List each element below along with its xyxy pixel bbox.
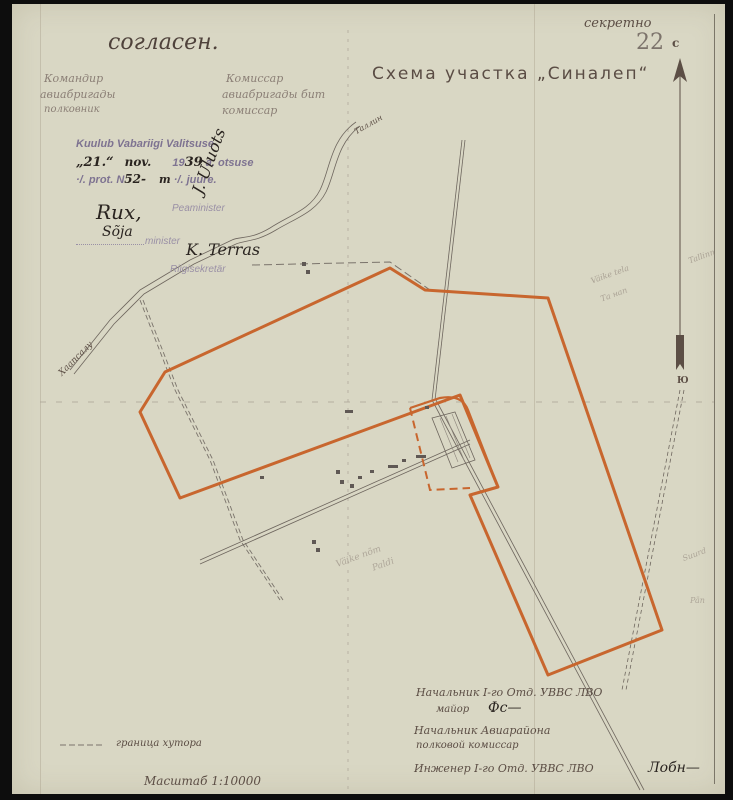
stamp-month: nov. — [125, 155, 152, 169]
legend-boundary-label: граница хутора — [116, 738, 202, 749]
footer-line-2: майор — [436, 704, 469, 715]
footer-line-3: Начальник Авиарайона — [414, 724, 550, 737]
document-title: Схема участка „Синалеп“ — [372, 64, 649, 84]
engineer-signature: Лобн— — [648, 760, 700, 776]
stamp-line-2: „21.“ nov. 1939 a. otsuse — [76, 155, 253, 170]
riigisekretar-label: Riigisekretär — [170, 264, 226, 275]
peaminister-label: Peaminister — [172, 203, 225, 214]
north-arrow-tail — [676, 335, 684, 370]
stamp-protocol-hand: m — [159, 173, 171, 186]
minister-hand-title: Sõja — [102, 224, 133, 240]
stamp-day: „21.“ — [76, 155, 114, 170]
stamp-line-3-prefix: ·/. prot. N — [76, 174, 124, 186]
stamp-year-prefix: 19 — [172, 157, 184, 169]
commander-title: Командир — [44, 72, 103, 85]
major-signature: Фс— — [488, 700, 521, 716]
south-label: Ю — [677, 376, 689, 386]
road-tallinn — [232, 122, 356, 240]
minister-signature-line — [76, 244, 144, 245]
commissar-rank: комиссар — [222, 104, 277, 117]
scale-label: Масштаб 1:10000 — [144, 774, 261, 788]
building-markers — [260, 262, 429, 552]
inner-boundary — [410, 408, 470, 490]
commander-rank: полковник — [44, 104, 100, 115]
footer-line-1: Начальник I-го Отд. УВВС ЛВО — [416, 686, 602, 699]
war-minister-signature: Rux, — [96, 200, 142, 224]
stamp-protocol-no: 52- — [124, 172, 146, 186]
approval-header: согласен. — [108, 30, 219, 55]
commander-unit: авиабригады — [40, 88, 116, 101]
footer-line-5: Инженер I-го Отд. УВВС ЛВО — [414, 762, 594, 775]
commissar-title: Комиссар — [226, 72, 283, 85]
stamp-line-1: Kuulub Vabariigi Valitsuse — [76, 138, 214, 150]
commissar-unit: авиабригады бит — [222, 88, 325, 101]
minister-label: minister — [145, 236, 180, 247]
site-boundary — [140, 268, 662, 675]
state-secretary-signature: K. Terras — [186, 240, 260, 259]
footer-line-4: полковой комиссар — [416, 740, 519, 751]
classification-mark: секретно — [584, 16, 651, 31]
faint-note: Pän — [690, 596, 705, 605]
sheet-number: 22 — [636, 30, 664, 55]
road-haapsalu — [70, 240, 232, 370]
